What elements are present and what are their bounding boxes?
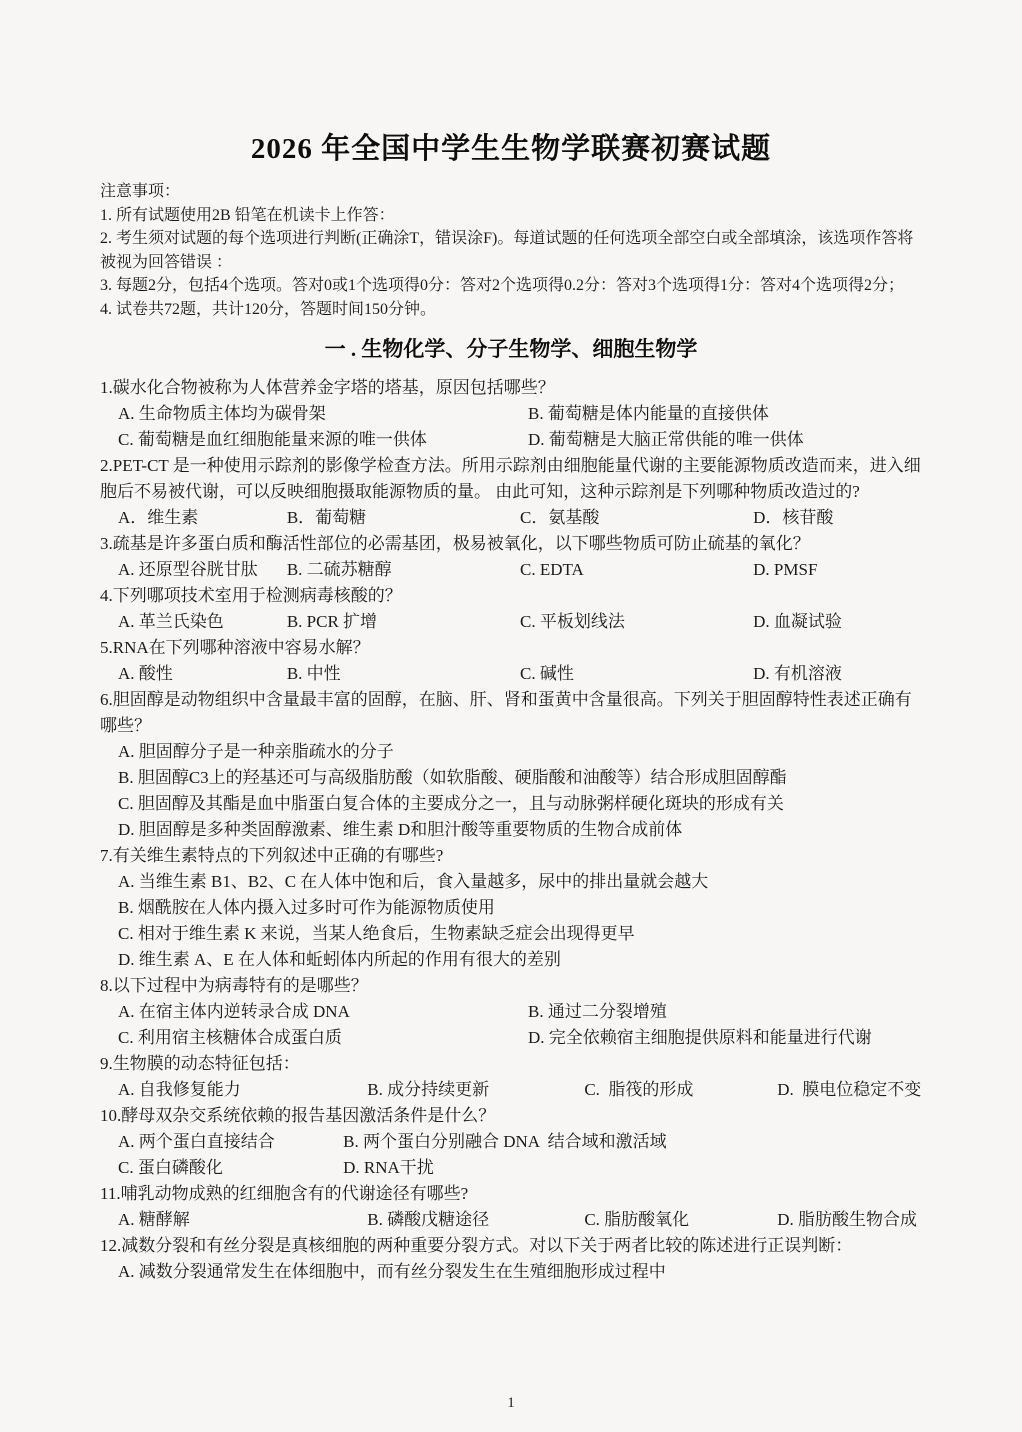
option: B. PCR 扩增 — [287, 609, 520, 635]
question-9: 9.生物膜的动态特征包括：A. 自我修复能力B. 成分持续更新C. 脂筏的形成D… — [100, 1051, 922, 1103]
option: A. 两个蛋白直接结合 — [118, 1129, 343, 1155]
question-stem: 6.胆固醇是动物组织中含量最丰富的固醇，在脑、肝、肾和蛋黄中含量很高。下列关于胆… — [100, 687, 922, 739]
question-stem-text: 胆固醇是动物组织中含量最丰富的固醇，在脑、肝、肾和蛋黄中含量很高。下列关于胆固醇… — [100, 690, 912, 735]
option: B. 二硫苏糖醇 — [287, 557, 520, 583]
option: C. 胆固醇及其酯是血中脂蛋白复合体的主要成分之一，且与动脉粥样硬化斑块的形成有… — [118, 791, 922, 817]
question-number: 4. — [100, 586, 113, 605]
question-12: 12.减数分裂和有丝分裂是真核细胞的两种重要分裂方式。对以下关于两者比较的陈述进… — [100, 1233, 922, 1285]
option: B. 成分持续更新 — [367, 1077, 584, 1103]
option: A. 还原型谷胱甘肽 — [118, 557, 287, 583]
option: C. 碱性 — [520, 661, 753, 687]
question-options: A. 酸性B. 中性C. 碱性D. 有机溶液 — [100, 661, 922, 687]
option: B. 通过二分裂增殖 — [528, 999, 922, 1025]
question-stem-text: PET-CT 是一种使用示踪剂的影像学检查方法。所用示踪剂由细胞能量代谢的主要能… — [100, 456, 921, 501]
option: C. EDTA — [520, 557, 753, 583]
notice-item: 3. 每题2分，包括4个选项。答对0或1个选项得0分：答对2个选项得0.2分：答… — [100, 274, 922, 298]
question-stem: 11.哺乳动物成熟的红细胞含有的代谢途径有哪些? — [100, 1181, 922, 1207]
option: C. 脂筏的形成 — [584, 1077, 777, 1103]
question-options: A. 革兰氏染色B. PCR 扩增C. 平板划线法D. 血凝试验 — [100, 609, 922, 635]
option: A. 在宿主体内逆转录合成 DNA — [118, 999, 528, 1025]
option: C. 脂肪酸氧化 — [584, 1207, 777, 1233]
option: C. 葡萄糖是血红细胞能量来源的唯一供体 — [118, 427, 528, 453]
option: D. 维生素 A、E 在人体和蚯蚓体内所起的作用有很大的差别 — [118, 947, 922, 973]
question-options: A. 减数分裂通常发生在体细胞中，而有丝分裂发生在生殖细胞形成过程中 — [100, 1259, 922, 1285]
option: C. 利用宿主核糖体合成蛋白质 — [118, 1025, 528, 1051]
option: B. 胆固醇C3上的羟基还可与高级脂肪酸（如软脂酸、硬脂酸和油酸等）结合形成胆固… — [118, 765, 922, 791]
option: D. 血凝试验 — [753, 609, 922, 635]
question-7: 7.有关维生素特点的下列叙述中正确的有哪些?A. 当维生素 B1、B2、C 在人… — [100, 843, 922, 973]
option: A. 胆固醇分子是一种亲脂疏水的分子 — [118, 739, 922, 765]
question-number: 2. — [100, 456, 113, 475]
option: C. 蛋白磷酸化 — [118, 1155, 343, 1181]
option: A．维生素 — [118, 505, 287, 531]
option: D. 有机溶液 — [753, 661, 922, 687]
question-options: A. 自我修复能力B. 成分持续更新C. 脂筏的形成D. 膜电位稳定不变 — [100, 1077, 922, 1103]
question-stem-text: 哺乳动物成熟的红细胞含有的代谢途径有哪些? — [121, 1184, 469, 1203]
option: C. 平板划线法 — [520, 609, 753, 635]
question-stem-text: 生物膜的动态特征包括： — [113, 1054, 300, 1073]
question-number: 10. — [100, 1106, 121, 1125]
option: B. 中性 — [287, 661, 520, 687]
question-number: 6. — [100, 690, 113, 709]
question-options: A. 胆固醇分子是一种亲脂疏水的分子B. 胆固醇C3上的羟基还可与高级脂肪酸（如… — [100, 739, 922, 843]
question-5: 5.RNA在下列哪种溶液中容易水解？A. 酸性B. 中性C. 碱性D. 有机溶液 — [100, 635, 922, 687]
question-number: 11. — [100, 1184, 121, 1203]
question-6: 6.胆固醇是动物组织中含量最丰富的固醇，在脑、肝、肾和蛋黄中含量很高。下列关于胆… — [100, 687, 922, 843]
option: D. 膜电位稳定不变 — [777, 1077, 922, 1103]
option: D. 葡萄糖是大脑正常供能的唯一供体 — [528, 427, 922, 453]
question-stem: 10.酵母双杂交系统依赖的报告基因激活条件是什么？ — [100, 1103, 922, 1129]
question-options: A. 两个蛋白直接结合B. 两个蛋白分别融合 DNA 结合域和激活域C. 蛋白磷… — [100, 1129, 922, 1181]
section-heading: 一 . 生物化学、分子生物学、细胞生物学 — [100, 333, 922, 363]
question-number: 8. — [100, 976, 113, 995]
option: B．葡萄糖 — [287, 505, 520, 531]
question-number: 3. — [100, 534, 113, 553]
question-stem: 7.有关维生素特点的下列叙述中正确的有哪些? — [100, 843, 922, 869]
question-number: 7. — [100, 846, 113, 865]
option: C．氨基酸 — [520, 505, 753, 531]
question-stem: 9.生物膜的动态特征包括： — [100, 1051, 922, 1077]
option: D. 完全依赖宿主细胞提供原料和能量进行代谢 — [528, 1025, 922, 1051]
question-stem-text: 有关维生素特点的下列叙述中正确的有哪些? — [113, 846, 444, 865]
question-2: 2.PET-CT 是一种使用示踪剂的影像学检查方法。所用示踪剂由细胞能量代谢的主… — [100, 453, 922, 531]
option: A. 革兰氏染色 — [118, 609, 287, 635]
question-options: A. 当维生素 B1、B2、C 在人体中饱和后，食入量越多，尿中的排出量就会越大… — [100, 869, 922, 973]
question-stem-text: 酵母双杂交系统依赖的报告基因激活条件是什么？ — [121, 1106, 495, 1125]
option: B. 两个蛋白分别融合 DNA 结合域和激活域 — [343, 1129, 922, 1155]
option: A. 当维生素 B1、B2、C 在人体中饱和后，食入量越多，尿中的排出量就会越大 — [118, 869, 922, 895]
page-number: 1 — [0, 1395, 1022, 1412]
question-11: 11.哺乳动物成熟的红细胞含有的代谢途径有哪些?A. 糖酵解B. 磷酸戊糖途径C… — [100, 1181, 922, 1233]
option: A. 自我修复能力 — [118, 1077, 367, 1103]
page-title: 2026 年全国中学生生物学联赛初赛试题 — [100, 126, 922, 167]
notice-section: 注意事项： 1. 所有试题使用2B 铅笔在机读卡上作答：2. 考生须对试题的每个… — [100, 180, 922, 321]
question-options: A. 糖酵解B. 磷酸戊糖途径C. 脂肪酸氧化D. 脂肪酸生物合成 — [100, 1207, 922, 1233]
question-stem-text: 下列哪项技术室用于检测病毒核酸的？ — [113, 586, 402, 605]
question-10: 10.酵母双杂交系统依赖的报告基因激活条件是什么？A. 两个蛋白直接结合B. 两… — [100, 1103, 922, 1181]
question-stem: 4.下列哪项技术室用于检测病毒核酸的？ — [100, 583, 922, 609]
question-3: 3.疏基是许多蛋白质和酶活性部位的必需基团，极易被氧化，以下哪些物质可防止硫基的… — [100, 531, 922, 583]
question-stem: 5.RNA在下列哪种溶液中容易水解？ — [100, 635, 922, 661]
notice-item: 1. 所有试题使用2B 铅笔在机读卡上作答： — [100, 204, 922, 228]
question-stem-text: 碳水化合物被称为人体营养金字塔的塔基，原因包括哪些？ — [113, 378, 555, 397]
question-number: 1. — [100, 378, 113, 397]
option: A. 酸性 — [118, 661, 287, 687]
option: D. 脂肪酸生物合成 — [777, 1207, 922, 1233]
option: D. 胆固醇是多种类固醇激素、维生素 D和胆汁酸等重要物质的生物合成前体 — [118, 817, 922, 843]
question-8: 8.以下过程中为病毒特有的是哪些？A. 在宿主体内逆转录合成 DNAB. 通过二… — [100, 973, 922, 1051]
question-1: 1.碳水化合物被称为人体营养金字塔的塔基，原因包括哪些？A. 生命物质主体均为碳… — [100, 375, 922, 453]
question-stem: 8.以下过程中为病毒特有的是哪些？ — [100, 973, 922, 999]
option: B. 葡萄糖是体内能量的直接供体 — [528, 401, 922, 427]
option: A. 生命物质主体均为碳骨架 — [118, 401, 528, 427]
option: B. 烟酰胺在人体内摄入过多时可作为能源物质使用 — [118, 895, 922, 921]
question-stem-text: 疏基是许多蛋白质和酶活性部位的必需基团，极易被氧化，以下哪些物质可防止硫基的氧化… — [113, 534, 810, 553]
question-options: A. 生命物质主体均为碳骨架B. 葡萄糖是体内能量的直接供体C. 葡萄糖是血红细… — [100, 401, 922, 453]
option: B. 磷酸戊糖途径 — [367, 1207, 584, 1233]
question-options: A. 还原型谷胱甘肽B. 二硫苏糖醇C. EDTAD. PMSF — [100, 557, 922, 583]
question-options: A．维生素B．葡萄糖C．氨基酸D．核苷酸 — [100, 505, 922, 531]
notice-item: 2. 考生须对试题的每个选项进行判断(正确涂T，错误涂F)。每道试题的任何选项全… — [100, 227, 922, 274]
notice-list: 1. 所有试题使用2B 铅笔在机读卡上作答：2. 考生须对试题的每个选项进行判断… — [100, 204, 922, 322]
option: C. 相对于维生素 K 来说，当某人绝食后，生物素缺乏症会出现得更早 — [118, 921, 922, 947]
option: A. 糖酵解 — [118, 1207, 367, 1233]
question-stem: 1.碳水化合物被称为人体营养金字塔的塔基，原因包括哪些？ — [100, 375, 922, 401]
question-stem-text: 以下过程中为病毒特有的是哪些？ — [113, 976, 368, 995]
question-stem: 12.减数分裂和有丝分裂是真核细胞的两种重要分裂方式。对以下关于两者比较的陈述进… — [100, 1233, 922, 1259]
question-4: 4.下列哪项技术室用于检测病毒核酸的？A. 革兰氏染色B. PCR 扩增C. 平… — [100, 583, 922, 635]
option: D．核苷酸 — [753, 505, 922, 531]
option: D. RNA干扰 — [343, 1155, 922, 1181]
question-number: 12. — [100, 1236, 121, 1255]
notice-heading: 注意事项： — [100, 180, 922, 204]
option: A. 减数分裂通常发生在体细胞中，而有丝分裂发生在生殖细胞形成过程中 — [118, 1259, 922, 1285]
question-number: 5. — [100, 638, 113, 657]
question-stem: 2.PET-CT 是一种使用示踪剂的影像学检查方法。所用示踪剂由细胞能量代谢的主… — [100, 453, 922, 505]
question-stem-text: RNA在下列哪种溶液中容易水解？ — [113, 638, 370, 657]
option: D. PMSF — [753, 557, 922, 583]
question-stem: 3.疏基是许多蛋白质和酶活性部位的必需基团，极易被氧化，以下哪些物质可防止硫基的… — [100, 531, 922, 557]
question-options: A. 在宿主体内逆转录合成 DNAB. 通过二分裂增殖C. 利用宿主核糖体合成蛋… — [100, 999, 922, 1051]
notice-item: 4. 试卷共72题，共计120分，答题时间150分钟。 — [100, 298, 922, 322]
question-number: 9. — [100, 1054, 113, 1073]
exam-paper-page: 2026 年全国中学生生物学联赛初赛试题 注意事项： 1. 所有试题使用2B 铅… — [0, 0, 1022, 1432]
question-stem-text: 减数分裂和有丝分裂是真核细胞的两种重要分裂方式。对以下关于两者比较的陈述进行正误… — [121, 1236, 852, 1255]
question-list: 1.碳水化合物被称为人体营养金字塔的塔基，原因包括哪些？A. 生命物质主体均为碳… — [100, 375, 922, 1285]
